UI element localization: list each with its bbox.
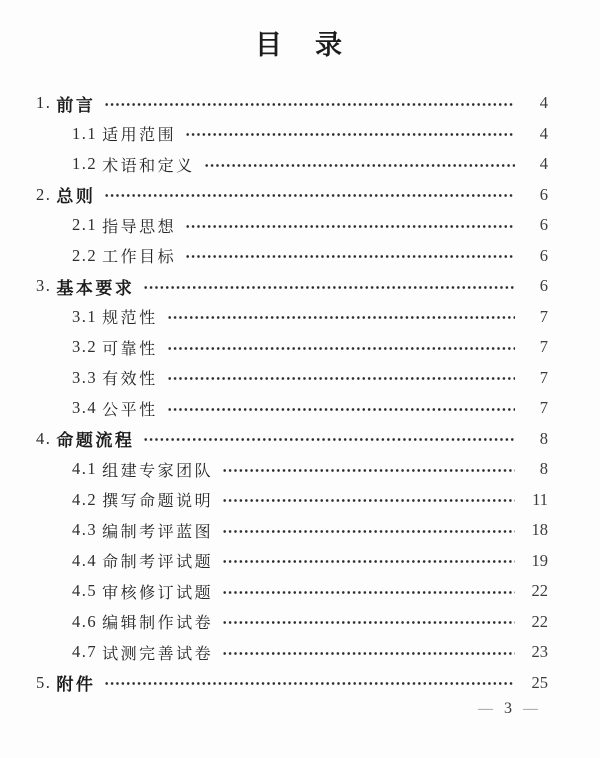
- toc-entry-page: 7: [524, 398, 548, 418]
- toc-list: 1. 前言 4 1.1 适用范围 4 1.2 术语和定义 4 2. 总则 6 2…: [36, 88, 548, 698]
- toc-entry-page: 8: [524, 459, 548, 479]
- toc-entry-page: 22: [524, 581, 548, 601]
- toc-entry-number: 4.7: [72, 642, 97, 662]
- toc-entry-number: 2.1: [72, 215, 97, 235]
- toc-entry-number: 3.: [36, 276, 51, 296]
- toc-entry-page: 6: [524, 276, 548, 296]
- toc-entry-label: 前言: [56, 91, 95, 116]
- dot-leader: [222, 650, 515, 657]
- toc-entry-number: 3.3: [72, 368, 97, 388]
- dot-leader: [185, 253, 515, 260]
- toc-row[interactable]: 4.7 试测完善试卷 23: [36, 637, 548, 668]
- dot-leader: [204, 162, 515, 169]
- toc-entry-label: 总则: [56, 182, 95, 207]
- dot-leader: [104, 192, 515, 199]
- toc-entry-label: 审核修订试题: [102, 580, 213, 603]
- toc-entry-label: 适用范围: [102, 122, 176, 145]
- toc-entry-label: 编制考评蓝图: [102, 519, 213, 542]
- toc-entry-page: 4: [524, 154, 548, 174]
- toc-entry-page: 18: [524, 520, 548, 540]
- toc-entry-number: 4.: [36, 429, 51, 449]
- toc-row[interactable]: 3.1 规范性 7: [36, 302, 548, 333]
- toc-row[interactable]: 4.2 撰写命题说明 11: [36, 485, 548, 516]
- dot-leader: [104, 680, 515, 687]
- toc-entry-number: 1.2: [72, 154, 97, 174]
- dot-leader: [167, 314, 515, 321]
- toc-row[interactable]: 4.3 编制考评蓝图 18: [36, 515, 548, 546]
- toc-row[interactable]: 3.3 有效性 7: [36, 363, 548, 394]
- toc-entry-number: 1.1: [72, 124, 97, 144]
- toc-entry-number: 3.2: [72, 337, 97, 357]
- document-page: 目 录 1. 前言 4 1.1 适用范围 4 1.2 术语和定义 4 2. 总则…: [0, 0, 600, 758]
- toc-entry-label: 术语和定义: [102, 153, 195, 176]
- toc-entry-number: 4.3: [72, 520, 97, 540]
- toc-entry-number: 2.2: [72, 246, 97, 266]
- toc-row[interactable]: 3.4 公平性 7: [36, 393, 548, 424]
- toc-entry-page: 7: [524, 307, 548, 327]
- toc-entry-label: 命题流程: [56, 426, 134, 451]
- toc-entry-label: 试测完善试卷: [102, 641, 213, 664]
- footer-dash-right: —: [523, 702, 538, 717]
- toc-entry-number: 4.6: [72, 612, 97, 632]
- dot-leader: [222, 497, 515, 504]
- toc-entry-number: 3.4: [72, 398, 97, 418]
- page-footer: — 3 —: [478, 700, 538, 718]
- toc-entry-label: 命制考评试题: [102, 549, 213, 572]
- toc-entry-label: 编辑制作试卷: [102, 610, 213, 633]
- toc-entry-page: 22: [524, 612, 548, 632]
- toc-row[interactable]: 1. 前言 4: [36, 88, 548, 119]
- dot-leader: [222, 558, 515, 565]
- toc-entry-number: 1.: [36, 93, 51, 113]
- toc-entry-number: 4.1: [72, 459, 97, 479]
- page-title: 目 录: [0, 0, 600, 60]
- toc-entry-page: 19: [524, 551, 548, 571]
- toc-entry-page: 6: [524, 246, 548, 266]
- dot-leader: [222, 619, 515, 626]
- toc-row[interactable]: 5. 附件 25: [36, 668, 548, 699]
- toc-entry-number: 5.: [36, 673, 51, 693]
- toc-entry-page: 6: [524, 215, 548, 235]
- toc-row[interactable]: 1.1 适用范围 4: [36, 119, 548, 150]
- dot-leader: [222, 589, 515, 596]
- toc-entry-label: 附件: [56, 670, 95, 695]
- toc-entry-page: 23: [524, 642, 548, 662]
- dot-leader: [167, 375, 515, 382]
- dot-leader: [143, 436, 515, 443]
- dot-leader: [167, 345, 515, 352]
- toc-entry-label: 组建专家团队: [102, 458, 213, 481]
- toc-entry-number: 3.1: [72, 307, 97, 327]
- toc-entry-label: 公平性: [102, 397, 158, 420]
- toc-row[interactable]: 4.5 审核修订试题 22: [36, 576, 548, 607]
- toc-row[interactable]: 1.2 术语和定义 4: [36, 149, 548, 180]
- toc-entry-number: 4.2: [72, 490, 97, 510]
- toc-entry-label: 工作目标: [102, 244, 176, 267]
- dot-leader: [143, 284, 515, 291]
- footer-dash-left: —: [478, 702, 493, 717]
- toc-entry-label: 指导思想: [102, 214, 176, 237]
- toc-entry-label: 基本要求: [56, 274, 134, 299]
- toc-entry-page: 8: [524, 429, 548, 449]
- dot-leader: [104, 101, 515, 108]
- toc-entry-page: 4: [524, 124, 548, 144]
- footer-page-number: 3: [504, 700, 512, 718]
- toc-entry-number: 4.5: [72, 581, 97, 601]
- toc-row[interactable]: 4.1 组建专家团队 8: [36, 454, 548, 485]
- toc-entry-page: 7: [524, 368, 548, 388]
- dot-leader: [222, 528, 515, 535]
- toc-entry-page: 25: [524, 673, 548, 693]
- dot-leader: [167, 406, 515, 413]
- toc-entry-label: 规范性: [102, 305, 158, 328]
- toc-entry-label: 撰写命题说明: [102, 488, 213, 511]
- toc-entry-number: 4.4: [72, 551, 97, 571]
- toc-row[interactable]: 2.1 指导思想 6: [36, 210, 548, 241]
- dot-leader: [185, 131, 515, 138]
- toc-row[interactable]: 4.6 编辑制作试卷 22: [36, 607, 548, 638]
- toc-row[interactable]: 2.2 工作目标 6: [36, 241, 548, 272]
- toc-row[interactable]: 3. 基本要求 6: [36, 271, 548, 302]
- toc-entry-label: 可靠性: [102, 336, 158, 359]
- toc-entry-page: 7: [524, 337, 548, 357]
- dot-leader: [185, 223, 515, 230]
- toc-row[interactable]: 2. 总则 6: [36, 180, 548, 211]
- toc-entry-page: 11: [524, 490, 548, 510]
- toc-entry-label: 有效性: [102, 366, 158, 389]
- toc-row[interactable]: 4.4 命制考评试题 19: [36, 546, 548, 577]
- dot-leader: [222, 467, 515, 474]
- toc-entry-page: 6: [524, 185, 548, 205]
- toc-row[interactable]: 3.2 可靠性 7: [36, 332, 548, 363]
- toc-entry-number: 2.: [36, 185, 51, 205]
- toc-entry-page: 4: [524, 93, 548, 113]
- toc-row[interactable]: 4. 命题流程 8: [36, 424, 548, 455]
